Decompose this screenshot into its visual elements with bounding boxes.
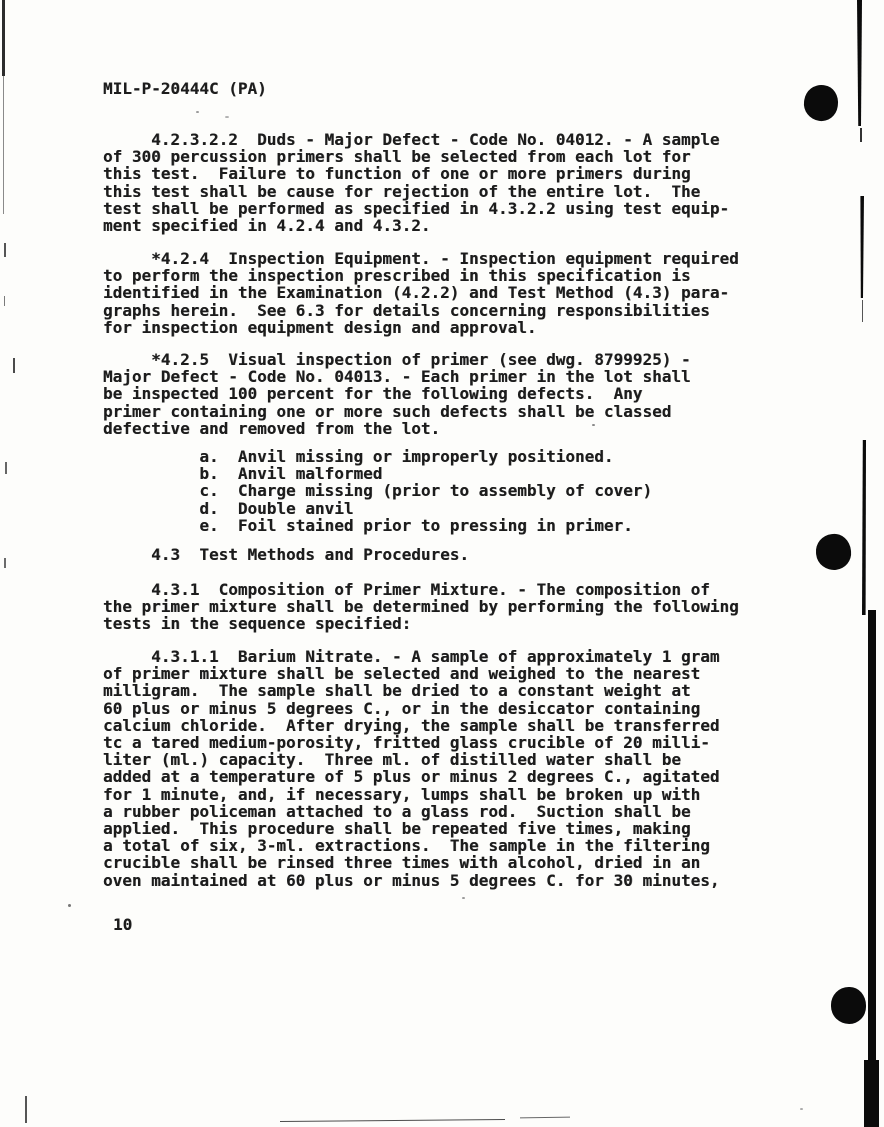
scan-speck-1 <box>196 111 199 113</box>
punch-hole-mark-middle-icon <box>814 532 853 571</box>
scan-edge-bar-right-bottom <box>864 1060 879 1127</box>
scan-dash-left-5 <box>13 358 15 373</box>
scan-edge-line-left-faint <box>3 76 4 214</box>
paragraph-4-2-3-2-2-duds: 4.2.3.2.2 Duds - Major Defect - Code No.… <box>103 131 729 234</box>
defect-list: a. Anvil missing or improperly positione… <box>103 448 652 534</box>
punch-hole-mark-bottom-icon <box>831 987 866 1024</box>
scan-edge-line-right-top <box>857 0 862 126</box>
scan-dash-left-3 <box>5 462 7 474</box>
scan-edge-dash-right-upper <box>862 300 863 322</box>
scan-line-bottom-short <box>520 1117 570 1119</box>
scan-dash-bottom-left <box>25 1096 27 1123</box>
scan-edge-line-right-middle <box>862 440 866 615</box>
scan-line-bottom <box>280 1119 505 1122</box>
scan-dash-left-4 <box>4 558 6 568</box>
scan-edge-line-right-upper <box>860 196 864 298</box>
scan-dash-left-1 <box>4 243 6 257</box>
paragraph-4-3-1-1-barium-nitrate: 4.3.1.1 Barium Nitrate. - A sample of ap… <box>103 648 720 889</box>
scan-edge-bar-right-lower <box>868 610 876 1127</box>
document-id-header: MIL-P-20444C (PA) <box>103 80 267 97</box>
scan-speck-4 <box>462 897 465 899</box>
scan-edge-line-left-top <box>2 0 5 76</box>
paragraph-4-2-4-inspection-equipment: *4.2.4 Inspection Equipment. - Inspectio… <box>103 250 739 336</box>
page-number: 10 <box>113 916 132 933</box>
punch-hole-mark-top-icon <box>802 83 841 123</box>
paragraph-4-3-1-composition: 4.3.1 Composition of Primer Mixture. - T… <box>103 581 739 633</box>
heading-4-3-test-methods: 4.3 Test Methods and Procedures. <box>103 546 469 563</box>
scan-speck-2 <box>225 116 229 118</box>
paragraph-4-2-5-visual-inspection: *4.2.5 Visual inspection of primer (see … <box>103 351 691 437</box>
scan-speck-5 <box>800 1108 803 1110</box>
scan-dash-left-2 <box>4 296 5 306</box>
scanned-document-page: MIL-P-20444C (PA) 4.2.3.2.2 Duds - Major… <box>0 0 884 1127</box>
scan-speck-6 <box>592 424 595 426</box>
scan-speck-3 <box>68 904 71 907</box>
scan-edge-dash-right-top <box>860 128 862 142</box>
